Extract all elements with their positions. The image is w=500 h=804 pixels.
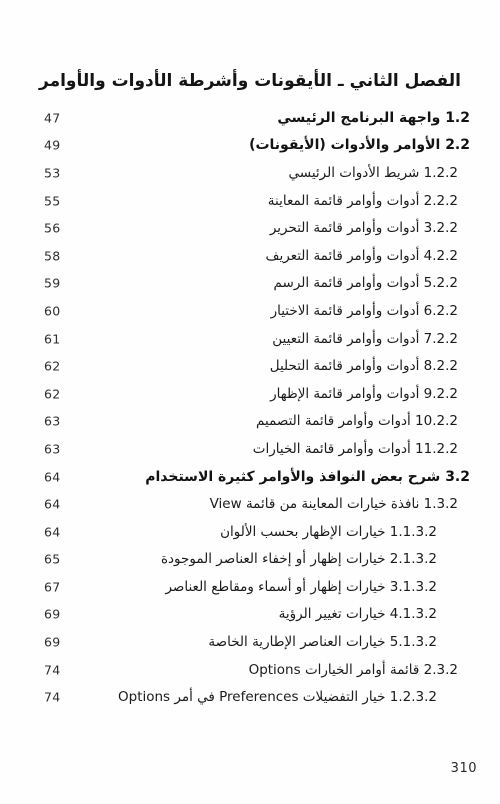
- toc-entry-page-number: 63: [44, 441, 61, 456]
- toc-entry-label: 10.2.2 أدوات وأوامر قائمة التصميم: [256, 413, 458, 429]
- toc-entry: 62 9.2.2 أدوات وأوامر قائمة الإظهار: [0, 380, 500, 408]
- toc-entry-label: 3.1.3.2 خيارات إظهار أو أسماء ومقاطع الع…: [165, 579, 437, 595]
- toc-entry-page-number: 55: [44, 193, 61, 208]
- toc-entry-page-number: 60: [44, 303, 61, 318]
- toc-entry: 62 8.2.2 أدوات وأوامر قائمة التحليل: [0, 352, 500, 380]
- toc-entry-label: 2.2 الأوامر والأدوات (الأيقونات): [249, 137, 470, 153]
- toc-entry-page-number: 64: [44, 469, 61, 484]
- toc-entry-page-number: 47: [44, 110, 61, 125]
- toc-entry-page-number: 67: [44, 579, 61, 594]
- toc-entry: 63 11.2.2 أدوات وأوامر قائمة الخيارات: [0, 435, 500, 463]
- toc-entry-page-number: 62: [44, 359, 61, 374]
- toc-entry: 64 3.2 شرح بعض النوافذ والأوامر كثيرة ال…: [0, 463, 500, 491]
- toc-entry-page-number: 74: [44, 690, 61, 705]
- toc-entry-page-number: 64: [44, 524, 61, 539]
- toc-entry: 61 7.2.2 أدوات وأوامر قائمة التعيين: [0, 325, 500, 353]
- toc-entry-label: 9.2.2 أدوات وأوامر قائمة الإظهار: [270, 386, 458, 402]
- toc-entry-label: 1.2.2 شريط الأدوات الرئيسي: [289, 165, 458, 181]
- toc-entry: 60 6.2.2 أدوات وأوامر قائمة الاختيار: [0, 297, 500, 325]
- toc-entry-page-number: 69: [44, 607, 61, 622]
- toc-entry-label: 5.1.3.2 خيارات العناصر الإطارية الخاصة: [208, 634, 437, 650]
- toc-entry: 63 10.2.2 أدوات وأوامر قائمة التصميم: [0, 408, 500, 436]
- toc-entry-label: 1.2 واجهة البرنامج الرئيسي: [277, 110, 470, 126]
- toc-entry: 69 5.1.3.2 خيارات العناصر الإطارية الخاص…: [0, 628, 500, 656]
- folio-page-number: 310: [451, 761, 477, 776]
- toc-entry: 67 3.1.3.2 خيارات إظهار أو أسماء ومقاطع …: [0, 573, 500, 601]
- toc-entry: 69 4.1.3.2 خيارات تغيير الرؤية: [0, 601, 500, 629]
- toc-entry: 59 5.2.2 أدوات وأوامر قائمة الرسم: [0, 270, 500, 298]
- toc-entry-page-number: 49: [44, 138, 61, 153]
- toc-entry-page-number: 61: [44, 331, 61, 346]
- chapter-title: الفصل الثاني ـ الأيقونات وأشرطة الأدوات …: [0, 63, 500, 99]
- toc-entry: 56 3.2.2 أدوات وأوامر قائمة التحرير: [0, 214, 500, 242]
- toc-entry-label: 2.2.2 أدوات وأوامر قائمة المعاينة: [268, 193, 458, 209]
- toc-entry: 47 1.2 واجهة البرنامج الرئيسي: [0, 104, 500, 132]
- toc-entry-label: 2.3.2 قائمة أوامر الخيارات Options: [249, 662, 458, 678]
- toc-entry-label: 3.2 شرح بعض النوافذ والأوامر كثيرة الاست…: [145, 469, 470, 485]
- toc-entry-page-number: 56: [44, 221, 61, 236]
- toc-entry-label: 5.2.2 أدوات وأوامر قائمة الرسم: [274, 275, 458, 291]
- toc-entry: 65 2.1.3.2 خيارات إظهار أو إخفاء العناصر…: [0, 546, 500, 574]
- toc-entry: 53 1.2.2 شريط الأدوات الرئيسي: [0, 159, 500, 187]
- toc-entry: 58 4.2.2 أدوات وأوامر قائمة التعريف: [0, 242, 500, 270]
- toc-list: 47 1.2 واجهة البرنامج الرئيسي 49 2.2 الأ…: [0, 104, 500, 711]
- toc-entry-page-number: 53: [44, 165, 61, 180]
- toc-entry-label: 4.2.2 أدوات وأوامر قائمة التعريف: [266, 248, 458, 264]
- toc-entry-label: 3.2.2 أدوات وأوامر قائمة التحرير: [270, 220, 458, 236]
- toc-entry: 55 2.2.2 أدوات وأوامر قائمة المعاينة: [0, 187, 500, 215]
- toc-entry-label: 11.2.2 أدوات وأوامر قائمة الخيارات: [253, 441, 458, 457]
- toc-entry-label: 6.2.2 أدوات وأوامر قائمة الاختيار: [271, 303, 458, 319]
- toc-entry-page-number: 62: [44, 386, 61, 401]
- toc-entry-page-number: 65: [44, 552, 61, 567]
- toc-entry-page-number: 74: [44, 662, 61, 677]
- toc-entry-label: 4.1.3.2 خيارات تغيير الرؤية: [279, 606, 437, 622]
- toc-entry-label: 1.1.3.2 خيارات الإظهار بحسب الألوان: [220, 524, 437, 540]
- toc-entry-page-number: 69: [44, 635, 61, 650]
- toc-entry-label: 1.2.3.2 خيار التفضيلات Preferences في أم…: [118, 689, 437, 705]
- book-page: الفصل الثاني ـ الأيقونات وأشرطة الأدوات …: [0, 0, 500, 804]
- toc-entry-page-number: 63: [44, 414, 61, 429]
- toc-entry: 64 1.1.3.2 خيارات الإظهار بحسب الألوان: [0, 518, 500, 546]
- toc-entry: 64 1.3.2 نافذة خيارات المعاينة من قائمة …: [0, 490, 500, 518]
- toc-entry-label: 7.2.2 أدوات وأوامر قائمة التعيين: [272, 331, 458, 347]
- toc-entry-page-number: 59: [44, 276, 61, 291]
- toc-entry-label: 1.3.2 نافذة خيارات المعاينة من قائمة Vie…: [210, 496, 458, 512]
- toc-entry: 74 2.3.2 قائمة أوامر الخيارات Options: [0, 656, 500, 684]
- toc-entry-label: 2.1.3.2 خيارات إظهار أو إخفاء العناصر ال…: [161, 551, 437, 567]
- toc-entry-page-number: 58: [44, 248, 61, 263]
- toc-entry: 74 1.2.3.2 خيار التفضيلات Preferences في…: [0, 683, 500, 711]
- toc-entry-label: 8.2.2 أدوات وأوامر قائمة التحليل: [270, 358, 458, 374]
- toc-entry: 49 2.2 الأوامر والأدوات (الأيقونات): [0, 132, 500, 160]
- toc-entry-page-number: 64: [44, 497, 61, 512]
